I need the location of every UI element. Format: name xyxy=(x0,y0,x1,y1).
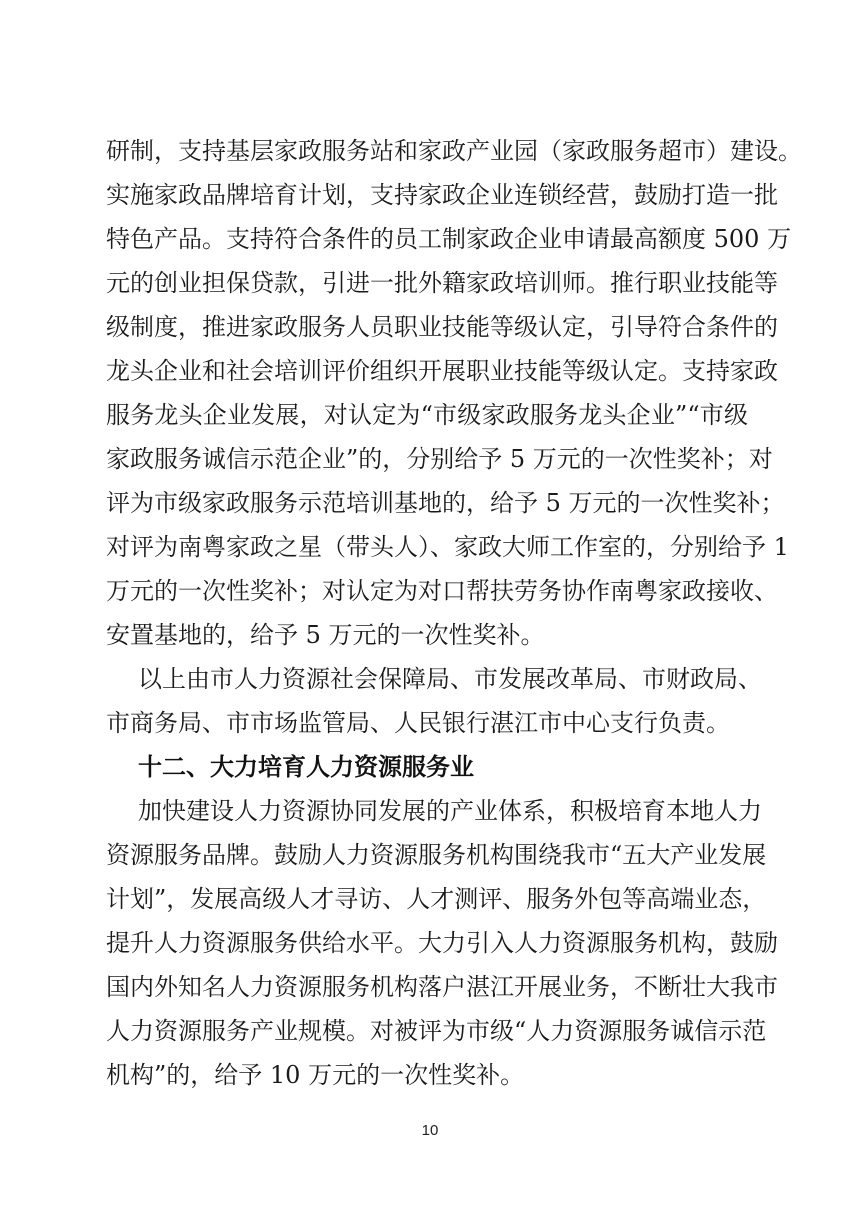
body-text-line: 级制度，推进家政服务人员职业技能等级认定，引导符合条件的 xyxy=(106,312,748,342)
section-heading: 十二、大力培育人力资源服务业 xyxy=(138,752,474,782)
responsibility-line: 市商务局、市市场监管局、人民银行湛江市中心支行负责。 xyxy=(106,708,748,738)
body-text-line: 评为市级家政服务示范培训基地的，给予 5 万元的一次性奖补； xyxy=(106,488,748,518)
body-text-line: 研制，支持基层家政服务站和家政产业园（家政服务超市）建设。 xyxy=(106,136,748,166)
body-text-line: 特色产品。支持符合条件的员工制家政企业申请最高额度 500 万 xyxy=(106,224,748,254)
section-text-line: 国内外知名人力资源服务机构落户湛江开展业务，不断壮大我市 xyxy=(106,972,748,1002)
body-text-line: 龙头企业和社会培训评价组织开展职业技能等级认定。支持家政 xyxy=(106,356,748,386)
page-number: 10 xyxy=(0,1122,860,1139)
body-text-line: 服务龙头企业发展，对认定为“市级家政服务龙头企业”“市级 xyxy=(106,400,748,430)
body-text-line: 万元的一次性奖补；对认定为对口帮扶劳务协作南粤家政接收、 xyxy=(106,576,748,606)
responsibility-line: 以上由市人力资源社会保障局、市发展改革局、市财政局、 xyxy=(138,664,748,694)
body-text-line: 元的创业担保贷款，引进一批外籍家政培训师。推行职业技能等 xyxy=(106,268,748,298)
body-text-line: 家政服务诚信示范企业”的，分别给予 5 万元的一次性奖补；对 xyxy=(106,444,748,474)
section-text-line: 加快建设人力资源协同发展的产业体系，积极培育本地人力 xyxy=(138,796,748,826)
document-page: 研制，支持基层家政服务站和家政产业园（家政服务超市）建设。 实施家政品牌培育计划… xyxy=(0,0,860,1217)
body-text-line: 安置基地的，给予 5 万元的一次性奖补。 xyxy=(106,620,748,650)
body-text-line: 实施家政品牌培育计划，支持家政企业连锁经营，鼓励打造一批 xyxy=(106,180,748,210)
section-text-line: 计划”，发展高级人才寻访、人才测评、服务外包等高端业态， xyxy=(106,884,748,914)
section-text-line: 提升人力资源服务供给水平。大力引入人力资源服务机构，鼓励 xyxy=(106,928,748,958)
section-text-line: 资源服务品牌。鼓励人力资源服务机构围绕我市“五大产业发展 xyxy=(106,840,748,870)
section-text-line: 人力资源服务产业规模。对被评为市级“人力资源服务诚信示范 xyxy=(106,1016,748,1046)
section-text-line: 机构”的，给予 10 万元的一次性奖补。 xyxy=(106,1060,748,1090)
body-text-line: 对评为南粤家政之星（带头人）、家政大师工作室的，分别给予 1 xyxy=(106,532,748,562)
